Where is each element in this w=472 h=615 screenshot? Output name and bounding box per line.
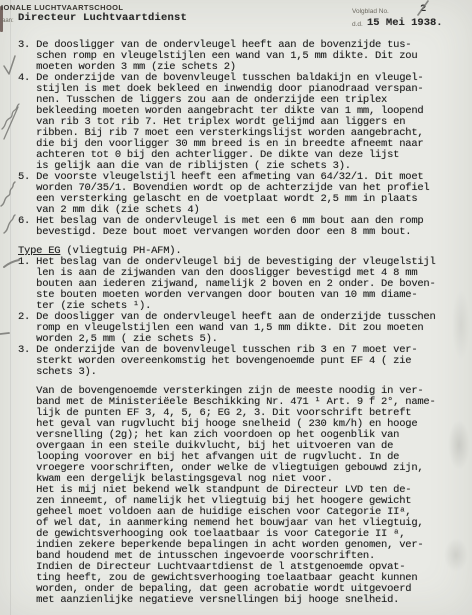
pencil-scribble-icon [0, 178, 16, 210]
volgblad-label: Volgblad No. [352, 8, 389, 15]
pencil-slash-icon [414, 0, 432, 16]
pencil-checkmark-icon [2, 54, 18, 78]
aan-label: aan: [2, 18, 14, 24]
document-body: 3. De doosligger van de ondervleugel hee… [18, 40, 470, 606]
date-value: 15 Mei 1938. [367, 17, 443, 29]
paper-crease [10, 0, 11, 615]
document-line: bevestigd. Deze bout moet vervangen word… [18, 227, 470, 238]
pencil-scribble-icon [2, 212, 18, 236]
letterhead-text: IONALE LUCHTVAARTSCHOOL [1, 3, 123, 12]
document-line: schets 3). [18, 367, 470, 378]
pencil-dash-icon [0, 330, 10, 338]
pencil-stroke-icon [3, 258, 21, 270]
addressee: Directeur Luchtvaartdienst [18, 12, 187, 24]
date-label: d.d. [352, 21, 363, 28]
scanned-document-page: IONALE LUCHTVAARTSCHOOL aan: Directeur L… [0, 0, 472, 615]
pencil-scribble-icon [0, 94, 22, 142]
document-line: met aanzienlijke negatieve versnellingen… [18, 595, 470, 606]
